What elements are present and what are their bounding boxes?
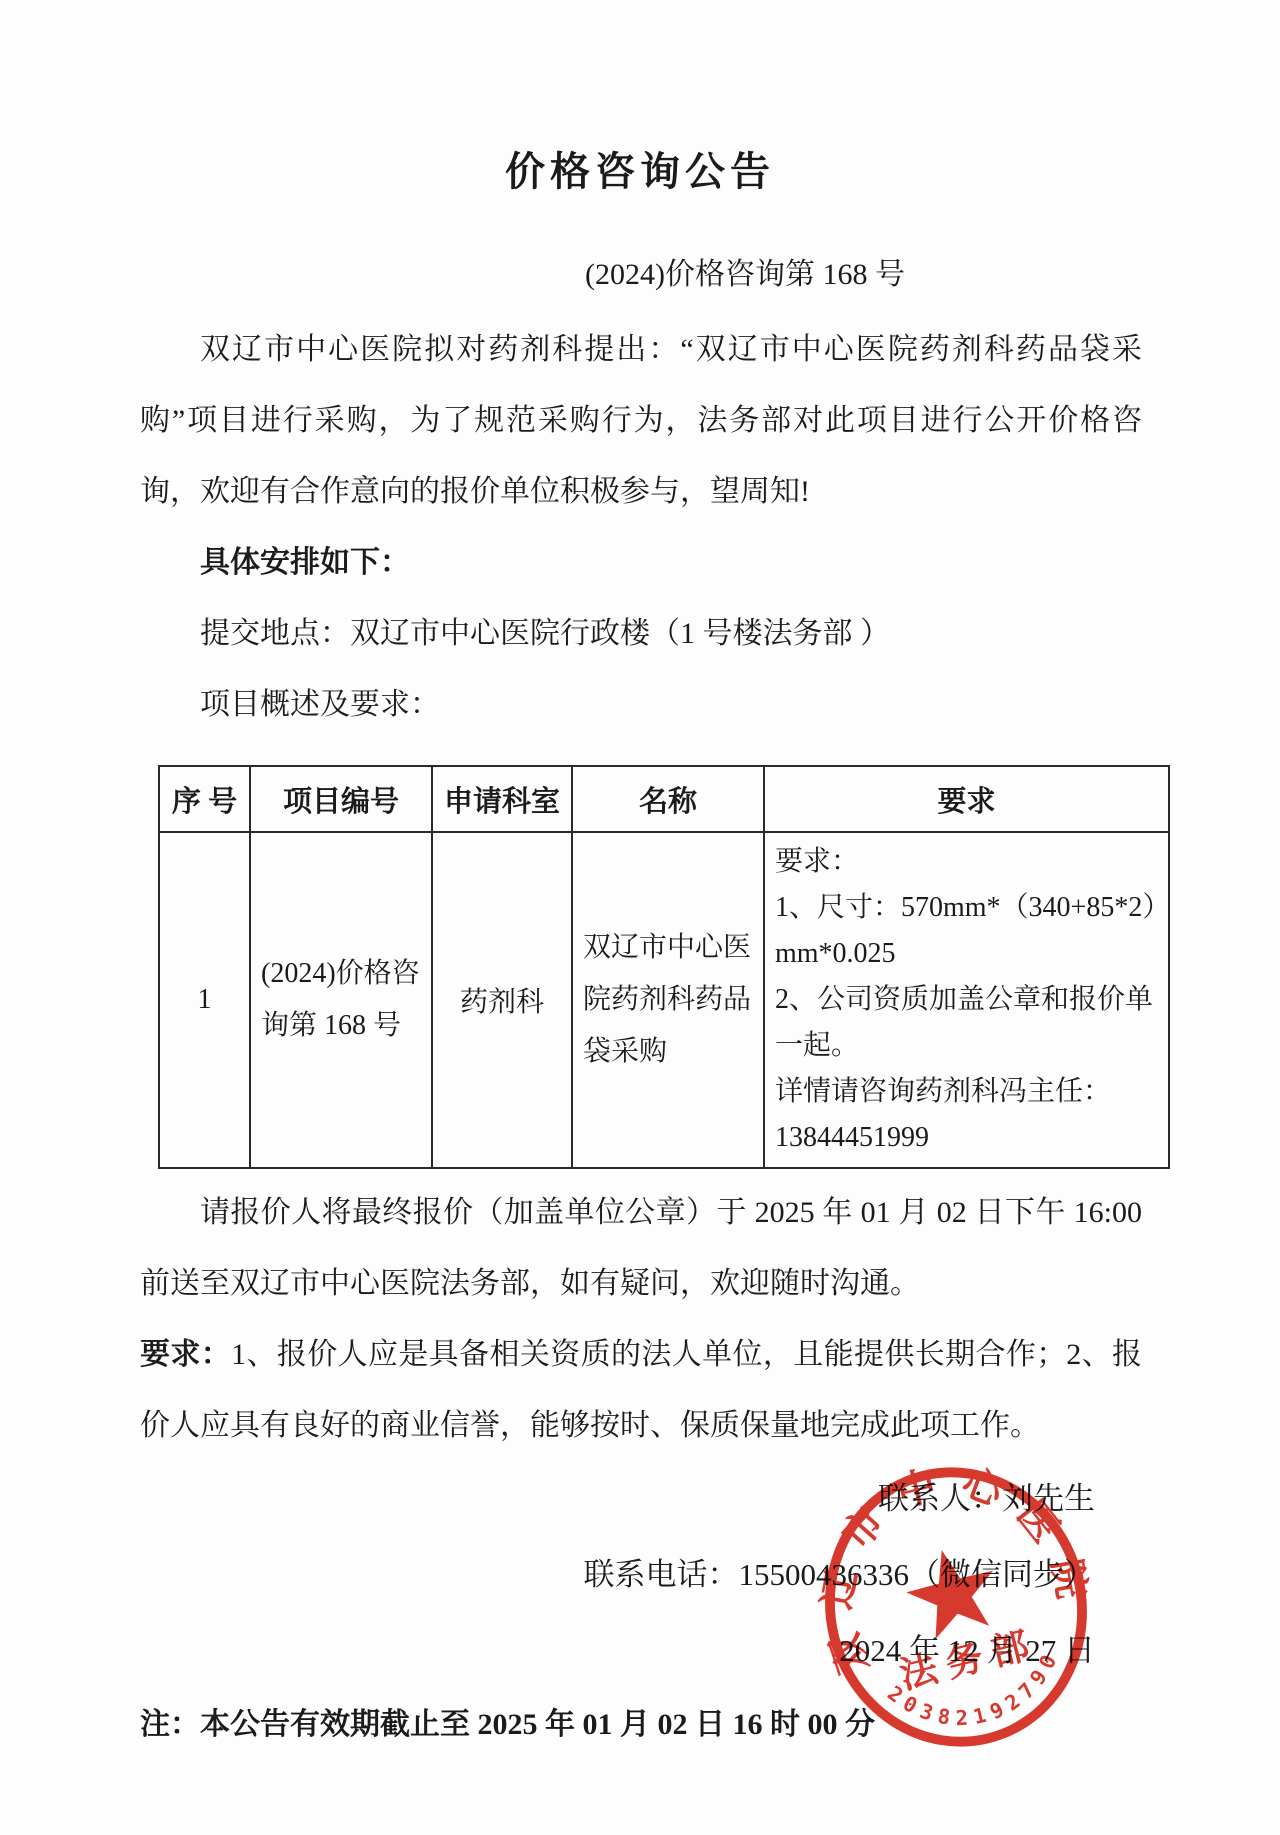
header-requirements: 要求 (764, 766, 1169, 832)
cell-index: 1 (159, 832, 250, 1168)
requirement-line: 2、公司资质加盖公章和报价单一起。 (775, 977, 1158, 1069)
project-spec-table: 序 号 项目编号 申请科室 名称 要求 1 (2024)价格咨询第 168 号 … (158, 765, 1170, 1169)
requirement-line: 要求： (775, 839, 1158, 885)
requirement-line: 13844451999 (775, 1115, 1158, 1161)
header-department: 申请科室 (432, 766, 572, 832)
arrangement-heading: 具体安排如下： (140, 527, 1142, 598)
contact-block: 联系人：刘先生 联系电话：15500436336（微信同步） 2024 年 12… (140, 1461, 1140, 1689)
submission-location-line: 提交地点：双辽市中心医院行政楼（1 号楼法务部 ） (140, 598, 1142, 669)
page-title: 价格咨询公告 (0, 148, 1280, 196)
cell-project-number: (2024)价格咨询第 168 号 (250, 832, 432, 1168)
closing-paragraph: 请报价人将最终报价（加盖单位公章）于 2025 年 01 月 02 日下午 16… (140, 1177, 1142, 1319)
requirements-label: 要求： (140, 1338, 231, 1371)
cell-department: 药剂科 (432, 832, 572, 1168)
validity-note: 注：本公告有效期截止至 2025 年 01 月 02 日 16 时 00 分 (140, 1703, 1140, 1747)
requirements-text: 1、报价人应是具备相关资质的法人单位，且能提供长期合作；2、报价人应具有良好的商… (140, 1338, 1142, 1442)
document-page: 价格咨询公告 (2024)价格咨询第 168 号 双辽市中心医院拟对药剂科提出：… (0, 0, 1280, 1835)
header-index: 序 号 (159, 766, 250, 832)
table-header-row: 序 号 项目编号 申请科室 名称 要求 (159, 766, 1169, 832)
header-name: 名称 (572, 766, 764, 832)
table-row: 1 (2024)价格咨询第 168 号 药剂科 双辽市中心医院药剂科药品袋采购 … (159, 832, 1169, 1168)
header-project-number: 项目编号 (250, 766, 432, 832)
contact-phone-line: 联系电话：15500436336（微信同步） (140, 1537, 1095, 1613)
contact-person-line: 联系人：刘先生 (140, 1461, 1095, 1537)
requirement-line: 1、尺寸：570mm*（340+85*2）mm*0.025 (775, 885, 1158, 977)
overview-heading: 项目概述及要求： (140, 669, 1142, 740)
intro-paragraph: 双辽市中心医院拟对药剂科提出：“双辽市中心医院药剂科药品袋采购”项目进行采购，为… (140, 314, 1142, 527)
document-number: (2024)价格咨询第 168 号 (140, 254, 1140, 296)
cell-requirements: 要求： 1、尺寸：570mm*（340+85*2）mm*0.025 2、公司资质… (764, 832, 1169, 1168)
requirement-line: 详情请咨询药剂科冯主任： (775, 1069, 1158, 1115)
issue-date-line: 2024 年 12 月 27 日 (140, 1613, 1095, 1689)
cell-name: 双辽市中心医院药剂科药品袋采购 (572, 832, 764, 1168)
requirements-paragraph: 要求：1、报价人应是具备相关资质的法人单位，且能提供长期合作；2、报价人应具有良… (140, 1319, 1142, 1461)
